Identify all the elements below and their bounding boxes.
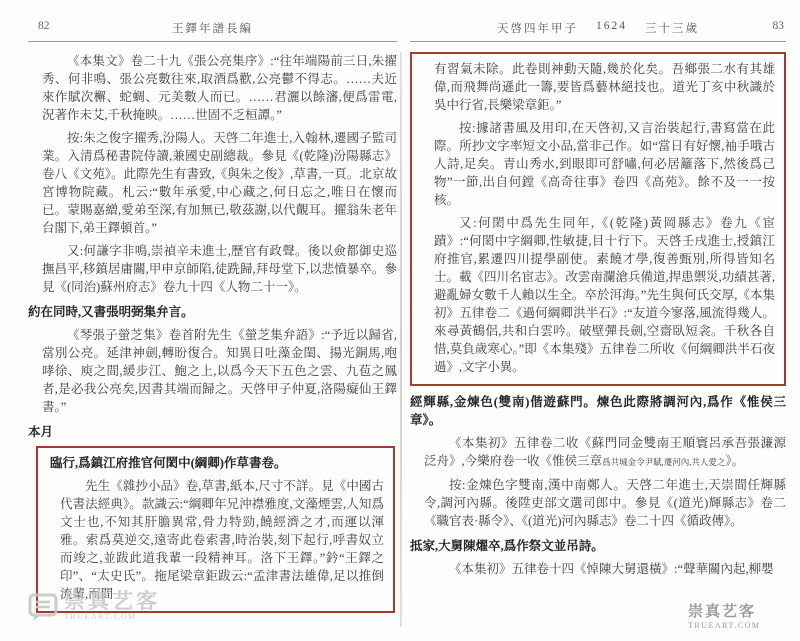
paragraph: 《琴張子螢芝集》卷首附先生《螢芝集弁語》:“予近以歸省,當別公亮。延津神劍,轉盼… bbox=[28, 326, 397, 416]
header-rule-right bbox=[410, 41, 786, 42]
header-age: 三十三歲 bbox=[645, 20, 699, 36]
header-rule-left bbox=[28, 41, 397, 42]
inline-small-annotation: 爲共城金令尹賦,遷河內,共人愛之 bbox=[602, 457, 725, 467]
paragraph: 《本集初》五律卷十四《悼陳大舅還橫》:“聲華關內起,柳嬰 bbox=[410, 560, 786, 578]
left-page-header: 82 王鐸年譜長編 bbox=[28, 20, 397, 38]
entry-heading: 經輝縣,金煉色(雙南)偕遊蘇門。煉色此際將調河內,爲作《惟侯三章》。 bbox=[410, 393, 786, 429]
header-year: 1624 bbox=[596, 20, 627, 36]
highlight-box: 臨行,爲鎮江府推官何閎中(綱卿)作草書卷。先生《雜抄小品》卷,草書,紙本,尺寸不… bbox=[36, 446, 395, 613]
paragraph-text: 》。 bbox=[725, 454, 744, 468]
paragraph: 按:金煉色字雙南,漢中南鄭人。天啓二年進士,天崇間任輝縣令,調河內縣。後陞吏部文… bbox=[410, 476, 786, 530]
highlight-box: 有習氣未除。此卷則神動天隨,幾於化矣。吾鄉張二水有其雄偉,而飛舞尚遜此一籌,要皆… bbox=[410, 52, 786, 386]
right-page-number: 83 bbox=[773, 20, 785, 32]
entry-heading: 臨行,爲鎮江府推官何閎中(綱卿)作草書卷。 bbox=[46, 454, 384, 472]
left-page-number: 82 bbox=[38, 20, 50, 32]
paragraph: 先生《雜抄小品》卷,草書,紙本,尺寸不詳。見《中國古代書法經典》。款識云:“綱卿… bbox=[46, 477, 384, 603]
page-right: 天啓四年甲子 1624 三十三歲 83 有習氣未除。此卷則神動天隨,幾於化矣。吾… bbox=[410, 20, 786, 583]
book-scan-spread: 82 王鐸年譜長編 《本集文》卷二十九《張公亮集序》:“往年端陽前三日,朱擢秀、… bbox=[0, 0, 800, 641]
watermark-brand: 崇真艺客 bbox=[688, 604, 761, 621]
right-page-header: 天啓四年甲子 1624 三十三歲 83 bbox=[410, 20, 786, 38]
right-page-body: 有習氣未除。此卷則神動天隨,幾於化矣。吾鄉張二水有其雄偉,而飛舞尚遜此一籌,要皆… bbox=[410, 52, 786, 578]
paragraph: 有習氣未除。此卷則神動天隨,幾於化矣。吾鄉張二水有其雄偉,而飛舞尚遜此一籌,要皆… bbox=[420, 60, 775, 114]
watermark-site: TRUEART.COM bbox=[64, 612, 160, 621]
paragraph: 按:朱之俊字擢秀,汾陽人。天啓二年進士,入翰林,遷國子監司業。入清爲秘書院侍讀,… bbox=[28, 129, 397, 237]
paragraph: 《本集初》五律卷二收《蘇門同金雙南王順寰呂承吾張濂源泛舟》,今樂府卷一收《惟侯三… bbox=[410, 434, 786, 471]
entry-heading: 抵家,大舅陳燿卒,爲作祭文並吊詩。 bbox=[410, 537, 786, 555]
left-page-body: 《本集文》卷二十九《張公亮集序》:“往年端陽前三日,朱擢秀、何非鳴、張公亮數往來… bbox=[28, 52, 397, 613]
paragraph: 按:據諸書風及用印,在天啓初,又言治裝起行,書寫當在此際。所抄文字率短文小品,當… bbox=[420, 119, 775, 209]
header-era: 天啓四年甲子 bbox=[497, 20, 578, 36]
entry-heading: 約在同時,又書張明弼集弁言。 bbox=[28, 303, 397, 321]
paragraph: 又:何閎中爲先生同年,《(乾隆)黃岡縣志》卷九《宦蹟》:“何閎中字綱卿,性敏捷,… bbox=[420, 214, 775, 376]
paragraph: 又:何謙字非鳴,崇禎辛未進士,歷官有政聲。後以僉都御史巡撫昌平,移鎮居庸關,甲申… bbox=[28, 242, 397, 296]
running-title: 王鐸年譜長編 bbox=[28, 20, 397, 36]
paragraph: 《本集文》卷二十九《張公亮集序》:“往年端陽前三日,朱擢秀、何非鳴、張公亮數往來… bbox=[28, 52, 397, 124]
entry-heading: 本月 bbox=[28, 423, 397, 441]
watermark-bottom-right: 崇真艺客 TRUEART.COM bbox=[688, 604, 761, 630]
page-left: 82 王鐸年譜長編 《本集文》卷二十九《張公亮集序》:“往年端陽前三日,朱擢秀、… bbox=[28, 20, 397, 613]
page-gutter-shadow bbox=[400, 52, 402, 627]
watermark-site: TRUEART.COM bbox=[688, 621, 761, 630]
